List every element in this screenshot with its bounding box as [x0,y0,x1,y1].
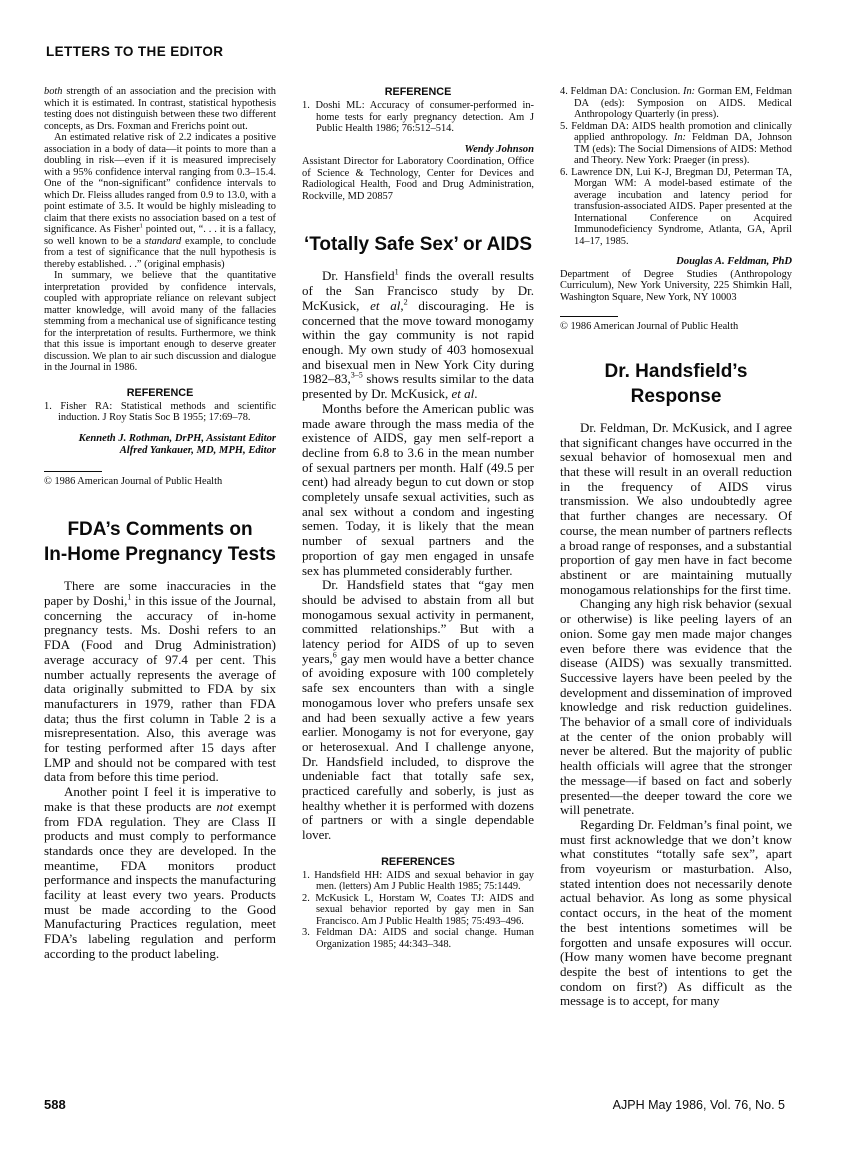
page-footer: 588 AJPH May 1986, Vol. 76, No. 5 [44,1097,785,1112]
copyright-line: © 1986 American Journal of Public Health [560,321,792,333]
letter-title: In-Home Pregnancy Tests [44,542,276,567]
page-number: 588 [44,1097,66,1112]
letter-body-paragraph: An estimated relative risk of 2.2 indica… [44,132,276,270]
column-right: 4. Feldman DA: Conclusion. In: Gorman EM… [560,86,792,1009]
letter-body-paragraph: Dr. Feldman, Dr. McKusick, and I agree t… [560,421,792,597]
section-title: LETTERS TO THE EDITOR [46,44,223,59]
three-column-layout: both strength of an association and the … [44,86,792,1009]
reference-heading: REFERENCE [44,387,276,399]
signature-block: Wendy Johnson [302,144,534,157]
signature-block: Kenneth J. Rothman, DrPH, Assistant Edit… [44,433,276,458]
letter-title-block: ‘Totally Safe Sex’ or AIDS [302,232,534,257]
journal-citation: AJPH May 1986, Vol. 76, No. 5 [613,1098,785,1112]
letter-title-block: FDA’s Comments on In-Home Pregnancy Test… [44,517,276,567]
letter-body-paragraph: Changing any high risk behavior (sexual … [560,597,792,818]
letter-body-paragraph: There are some inaccuracies in the paper… [44,579,276,785]
reference-item: 3. Feldman DA: AIDS and social change. H… [302,927,534,950]
column-left: both strength of an association and the … [44,86,276,1009]
letter-body-paragraph: Months before the American public was ma… [302,402,534,578]
letter-body-paragraph: In summary, we believe that the quantita… [44,270,276,374]
copyright-divider [44,471,102,472]
signature-line: Alfred Yankauer, MD, MPH, Editor [44,445,276,458]
letter-body-paragraph: Dr. Handsfield states that “gay men shou… [302,578,534,843]
author-affiliation: Department of Degree Studies (Anthropolo… [560,269,792,304]
reference-heading: REFERENCE [302,86,534,98]
signature-line: Kenneth J. Rothman, DrPH, Assistant Edit… [44,433,276,446]
author-affiliation: Assistant Director for Laboratory Coordi… [302,156,534,202]
letter-title-block: Dr. Handsfield’s Response [560,359,792,409]
reference-item: 5. Feldman DA: AIDS health promotion and… [560,121,792,167]
letter-body-paragraph: both strength of an association and the … [44,86,276,132]
signature-block: Douglas A. Feldman, PhD [560,256,792,269]
letter-body-paragraph: Dr. Hansfield1 finds the overall results… [302,269,534,401]
signature-line: Wendy Johnson [302,144,534,157]
column-middle: REFERENCE 1. Doshi ML: Accuracy of consu… [302,86,534,1009]
reference-item: 2. McKusick L, Horstam W, Coates TJ: AID… [302,893,534,928]
journal-page: LETTERS TO THE EDITOR both strength of a… [0,0,850,1159]
letter-body-paragraph: Regarding Dr. Feldman’s final point, we … [560,818,792,1009]
copyright-divider [560,316,618,317]
letter-title: FDA’s Comments on [44,517,276,542]
signature-line: Douglas A. Feldman, PhD [560,256,792,269]
letter-body-paragraph: Another point I feel it is imperative to… [44,785,276,961]
letter-title: ‘Totally Safe Sex’ or AIDS [302,232,534,257]
reference-item: 1. Fisher RA: Statistical methods and sc… [44,401,276,424]
reference-item: 6. Lawrence DN, Lui K-J, Bregman DJ, Pet… [560,167,792,248]
reference-item: 1. Doshi ML: Accuracy of consumer-perfor… [302,100,534,135]
copyright-line: © 1986 American Journal of Public Health [44,476,276,488]
letter-title: Dr. Handsfield’s Response [560,359,792,409]
references-heading: REFERENCES [302,856,534,868]
reference-item: 4. Feldman DA: Conclusion. In: Gorman EM… [560,86,792,121]
reference-item: 1. Handsfield HH: AIDS and sexual behavi… [302,870,534,893]
